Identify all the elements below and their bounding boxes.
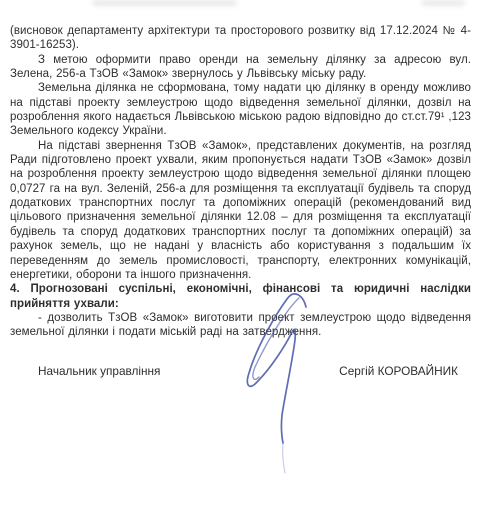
document-body: (висновок департаменту архітектури та пр… xyxy=(0,0,480,378)
document-page: (висновок департаменту архітектури та пр… xyxy=(0,0,480,529)
paragraph-conclusion-reference: (висновок департаменту архітектури та пр… xyxy=(10,24,471,53)
signature-block: Начальник управління Сергій КОРОВАЙНИК xyxy=(10,364,471,378)
paragraph-lease-purpose: З метою оформити право оренди на земельн… xyxy=(10,53,471,82)
section-heading-consequences: 4. Прогнозовані суспільні, економічні, ф… xyxy=(10,282,471,311)
paragraph-land-not-formed: Земельна ділянка не сформована, тому над… xyxy=(10,81,471,138)
paragraph-draft-decision: На підставі звернення ТзОВ «Замок», пред… xyxy=(10,139,471,282)
paragraph-resolution-item: - дозволить ТзОВ «Замок» виготовити прое… xyxy=(10,311,471,340)
signatory-position: Начальник управління xyxy=(38,364,160,378)
signatory-name: Сергій КОРОВАЙНИК xyxy=(339,364,458,378)
